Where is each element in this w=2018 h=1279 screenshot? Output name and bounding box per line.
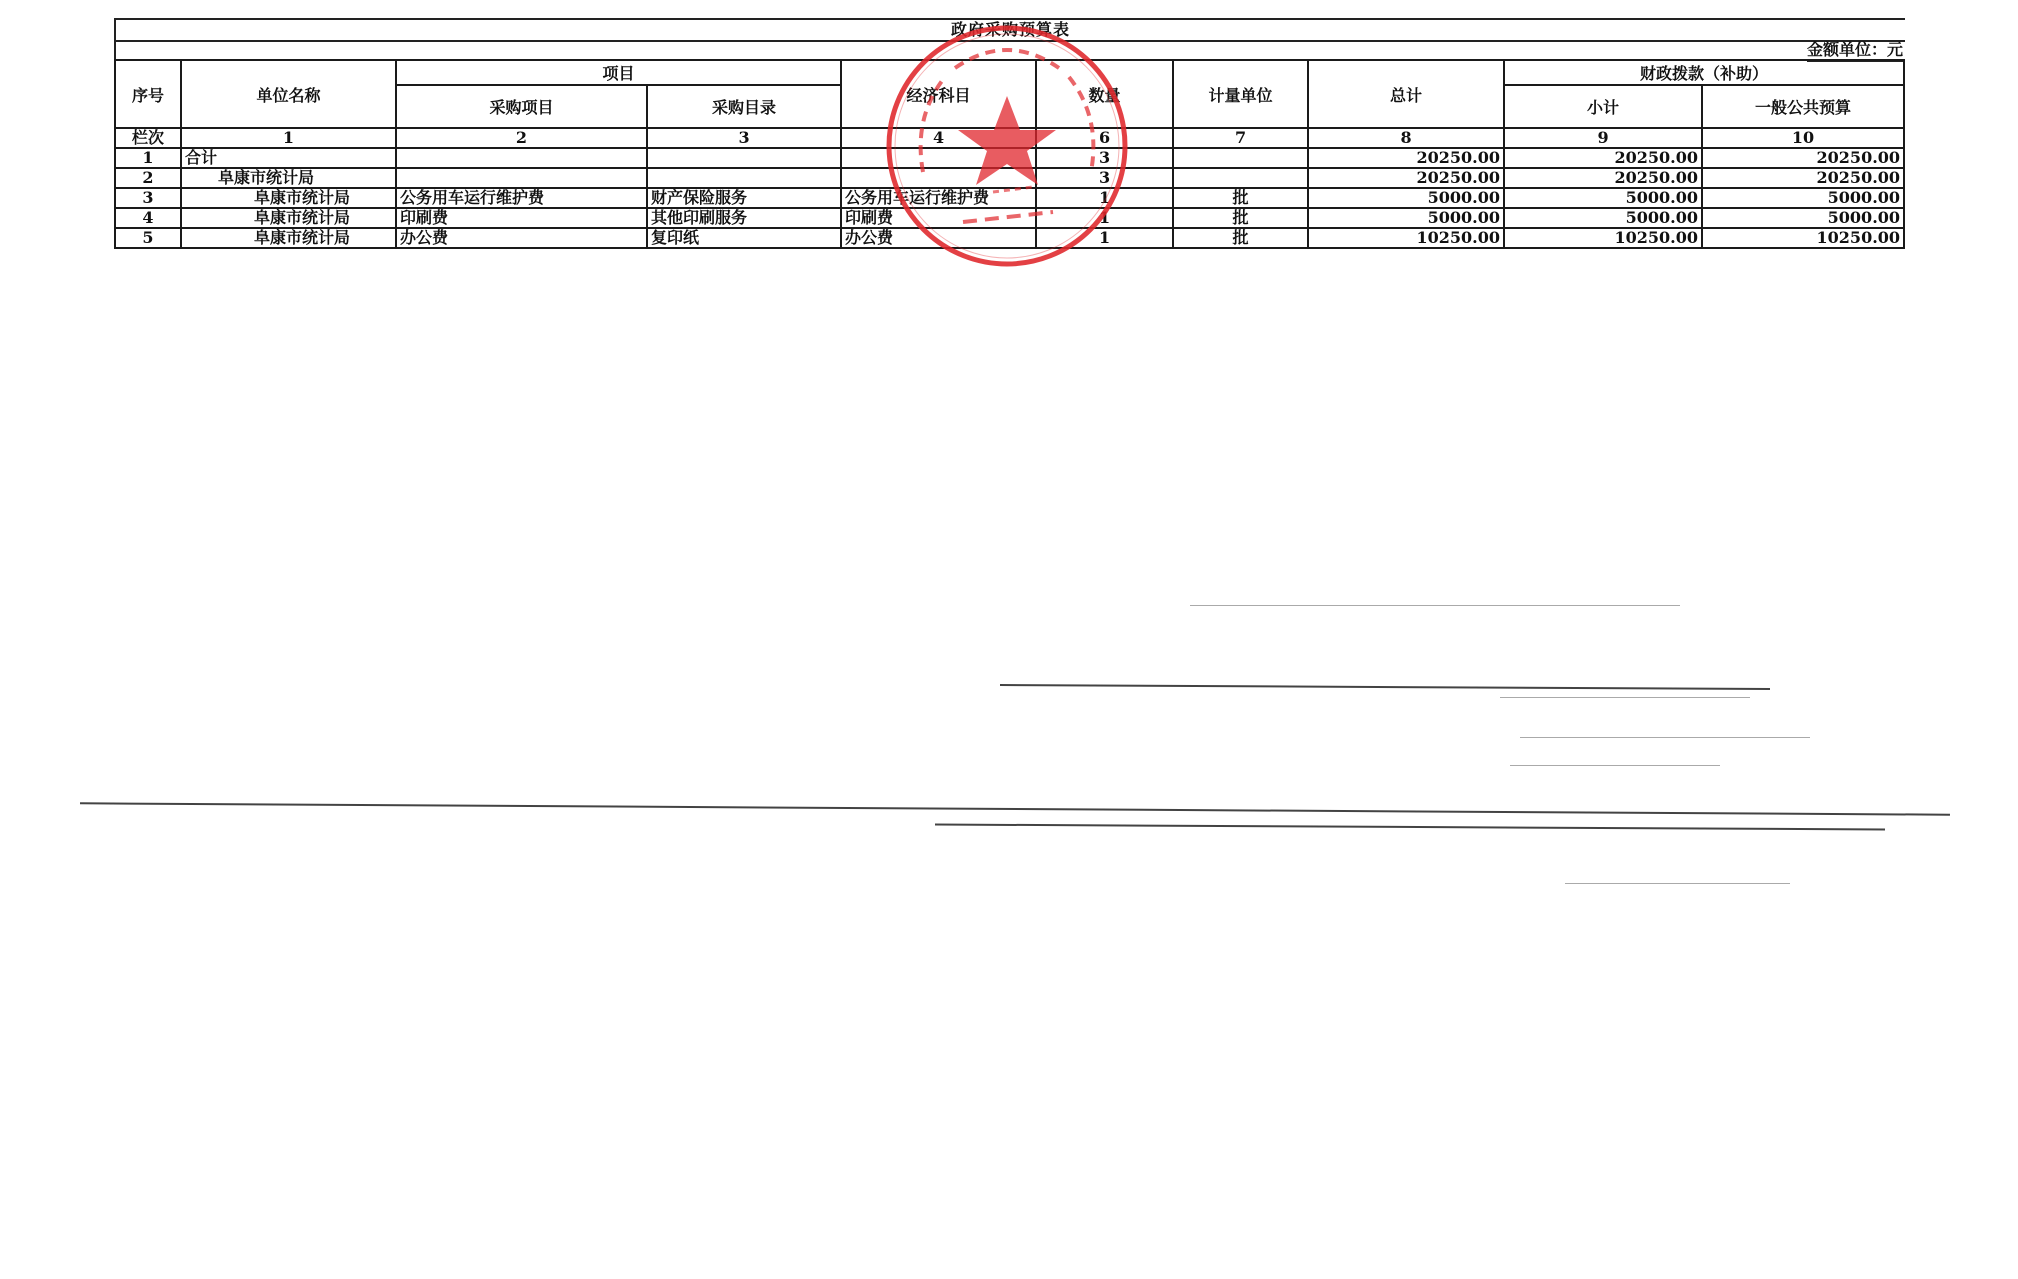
scan-artifact-line xyxy=(1520,737,1810,738)
cell-purchase-catalog: 其他印刷服务 xyxy=(647,208,841,228)
index-cell: 9 xyxy=(1504,128,1702,148)
scan-artifact-line xyxy=(1565,883,1790,884)
cell-purchase-catalog xyxy=(647,168,841,188)
index-cell: 1 xyxy=(181,128,396,148)
table-row: 2阜康市统计局320250.0020250.0020250.00 xyxy=(115,168,1904,188)
cell-seq: 3 xyxy=(115,188,181,208)
procurement-budget-table: 序号 单位名称 项目 经济科目 数量 计量单位 总计 财政拨款（补助） 采购项目… xyxy=(114,59,1905,249)
cell-measure-unit: 批 xyxy=(1173,228,1308,248)
cell-unit-name: 阜康市统计局 xyxy=(181,188,396,208)
cell-quantity: 3 xyxy=(1036,148,1173,168)
cell-general-budget: 20250.00 xyxy=(1702,168,1904,188)
cell-seq: 5 xyxy=(115,228,181,248)
document-title: 政府采购预算表 xyxy=(114,18,1905,42)
cell-subtotal: 20250.00 xyxy=(1504,148,1702,168)
cell-subtotal: 5000.00 xyxy=(1504,208,1702,228)
cell-subtotal: 20250.00 xyxy=(1504,168,1702,188)
header-seq: 序号 xyxy=(115,60,181,128)
index-cell: 6 xyxy=(1036,128,1173,148)
header-general-budget: 一般公共预算 xyxy=(1702,85,1904,128)
cell-total: 20250.00 xyxy=(1308,148,1504,168)
table-row: 3阜康市统计局公务用车运行维护费财产保险服务公务用车运行维护费1批5000.00… xyxy=(115,188,1904,208)
cell-economic-subject xyxy=(841,168,1036,188)
scan-artifact-line xyxy=(1500,697,1750,698)
cell-general-budget: 10250.00 xyxy=(1702,228,1904,248)
scan-artifact-line xyxy=(935,824,1885,831)
header-total: 总计 xyxy=(1308,60,1504,128)
table-row: 1合计320250.0020250.0020250.00 xyxy=(115,148,1904,168)
index-cell: 8 xyxy=(1308,128,1504,148)
cell-measure-unit xyxy=(1173,168,1308,188)
cell-total: 5000.00 xyxy=(1308,208,1504,228)
index-cell: 7 xyxy=(1173,128,1308,148)
scan-artifact-line xyxy=(1000,684,1770,690)
cell-unit-name: 阜康市统计局 xyxy=(181,228,396,248)
column-index-row: 栏次 1 2 3 4 6 7 8 9 10 xyxy=(115,128,1904,148)
cell-quantity: 3 xyxy=(1036,168,1173,188)
cell-economic-subject: 办公费 xyxy=(841,228,1036,248)
index-cell: 10 xyxy=(1702,128,1904,148)
index-cell: 2 xyxy=(396,128,647,148)
header-purchase-catalog: 采购目录 xyxy=(647,85,841,128)
cell-total: 20250.00 xyxy=(1308,168,1504,188)
cell-economic-subject xyxy=(841,148,1036,168)
scan-artifact-line xyxy=(1510,765,1720,766)
header-quantity: 数量 xyxy=(1036,60,1173,128)
cell-economic-subject: 印刷费 xyxy=(841,208,1036,228)
header-unit-name: 单位名称 xyxy=(181,60,396,128)
cell-purchase-item: 公务用车运行维护费 xyxy=(396,188,647,208)
header-purchase-item: 采购项目 xyxy=(396,85,647,128)
cell-measure-unit: 批 xyxy=(1173,208,1308,228)
cell-purchase-item: 印刷费 xyxy=(396,208,647,228)
cell-purchase-item xyxy=(396,168,647,188)
scan-artifact-line xyxy=(1190,605,1680,606)
cell-purchase-item xyxy=(396,148,647,168)
header-fiscal-group: 财政拨款（补助） xyxy=(1504,60,1904,85)
header-project-group: 项目 xyxy=(396,60,841,85)
cell-quantity: 1 xyxy=(1036,228,1173,248)
cell-seq: 1 xyxy=(115,148,181,168)
cell-purchase-catalog: 复印纸 xyxy=(647,228,841,248)
index-cell: 4 xyxy=(841,128,1036,148)
amount-unit-row: 金额单位：元 xyxy=(114,40,1905,59)
cell-measure-unit: 批 xyxy=(1173,188,1308,208)
header-economic-subject: 经济科目 xyxy=(841,60,1036,128)
cell-quantity: 1 xyxy=(1036,208,1173,228)
cell-measure-unit xyxy=(1173,148,1308,168)
cell-unit-name: 阜康市统计局 xyxy=(181,168,396,188)
cell-purchase-catalog: 财产保险服务 xyxy=(647,188,841,208)
table-row: 4阜康市统计局印刷费其他印刷服务印刷费1批5000.005000.005000.… xyxy=(115,208,1904,228)
cell-general-budget: 5000.00 xyxy=(1702,188,1904,208)
cell-total: 10250.00 xyxy=(1308,228,1504,248)
cell-purchase-item: 办公费 xyxy=(396,228,647,248)
cell-purchase-catalog xyxy=(647,148,841,168)
cell-unit-name: 合计 xyxy=(181,148,396,168)
header-subtotal: 小计 xyxy=(1504,85,1702,128)
cell-unit-name: 阜康市统计局 xyxy=(181,208,396,228)
cell-seq: 2 xyxy=(115,168,181,188)
cell-general-budget: 20250.00 xyxy=(1702,148,1904,168)
table-row: 5阜康市统计局办公费复印纸办公费1批10250.0010250.0010250.… xyxy=(115,228,1904,248)
cell-general-budget: 5000.00 xyxy=(1702,208,1904,228)
scan-artifact-line xyxy=(80,802,1950,815)
index-cell: 3 xyxy=(647,128,841,148)
cell-subtotal: 10250.00 xyxy=(1504,228,1702,248)
cell-subtotal: 5000.00 xyxy=(1504,188,1702,208)
index-cell: 栏次 xyxy=(115,128,181,148)
cell-economic-subject: 公务用车运行维护费 xyxy=(841,188,1036,208)
cell-quantity: 1 xyxy=(1036,188,1173,208)
header-measure-unit: 计量单位 xyxy=(1173,60,1308,128)
cell-seq: 4 xyxy=(115,208,181,228)
cell-total: 5000.00 xyxy=(1308,188,1504,208)
